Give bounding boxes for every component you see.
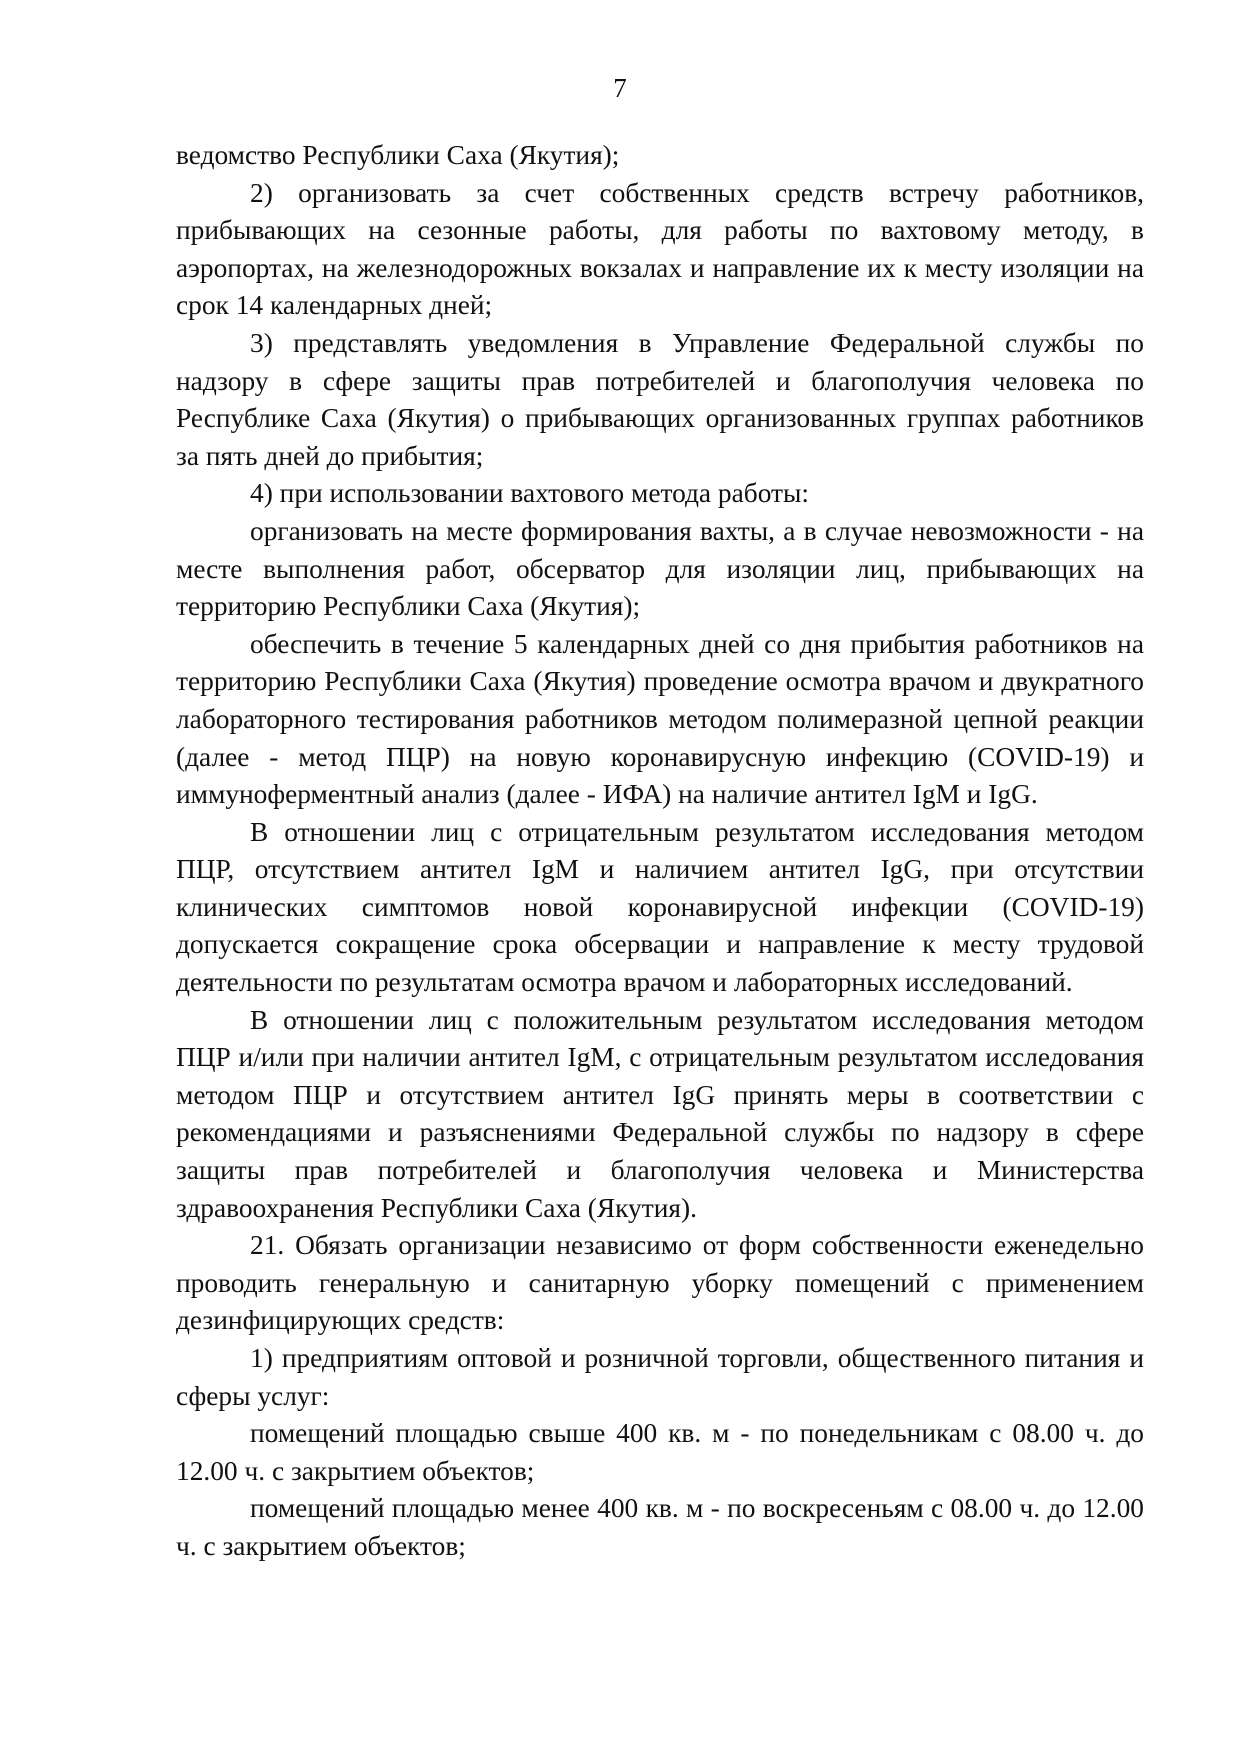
paragraph-item-21-cleaning: 21. Обязать организации независимо от фо… (176, 1227, 1144, 1340)
paragraph-observator: организовать на месте формирования вахты… (176, 513, 1144, 626)
paragraph-item-4-shift-method: 4) при использовании вахтового метода ра… (176, 475, 1144, 513)
paragraph-over-400: помещений площадью свыше 400 кв. м - по … (176, 1415, 1144, 1490)
document-body: ведомство Республики Саха (Якутия); 2) о… (176, 137, 1144, 1566)
paragraph-item-3-notifications: 3) представлять уведомления в Управление… (176, 325, 1144, 475)
paragraph-positive-results: В отношении лиц с положительным результа… (176, 1002, 1144, 1228)
paragraph-item-2-meeting-workers: 2) организовать за счет собственных сред… (176, 175, 1144, 325)
paragraph-under-400: помещений площадью менее 400 кв. м - по … (176, 1490, 1144, 1565)
page-number: 7 (0, 72, 1240, 104)
paragraph-testing: обеспечить в течение 5 календарных дней … (176, 626, 1144, 814)
paragraph-continuation: ведомство Республики Саха (Якутия); (176, 137, 1144, 175)
paragraph-subitem-1-trade: 1) предприятиям оптовой и розничной торг… (176, 1340, 1144, 1415)
paragraph-negative-results: В отношении лиц с отрицательным результа… (176, 814, 1144, 1002)
